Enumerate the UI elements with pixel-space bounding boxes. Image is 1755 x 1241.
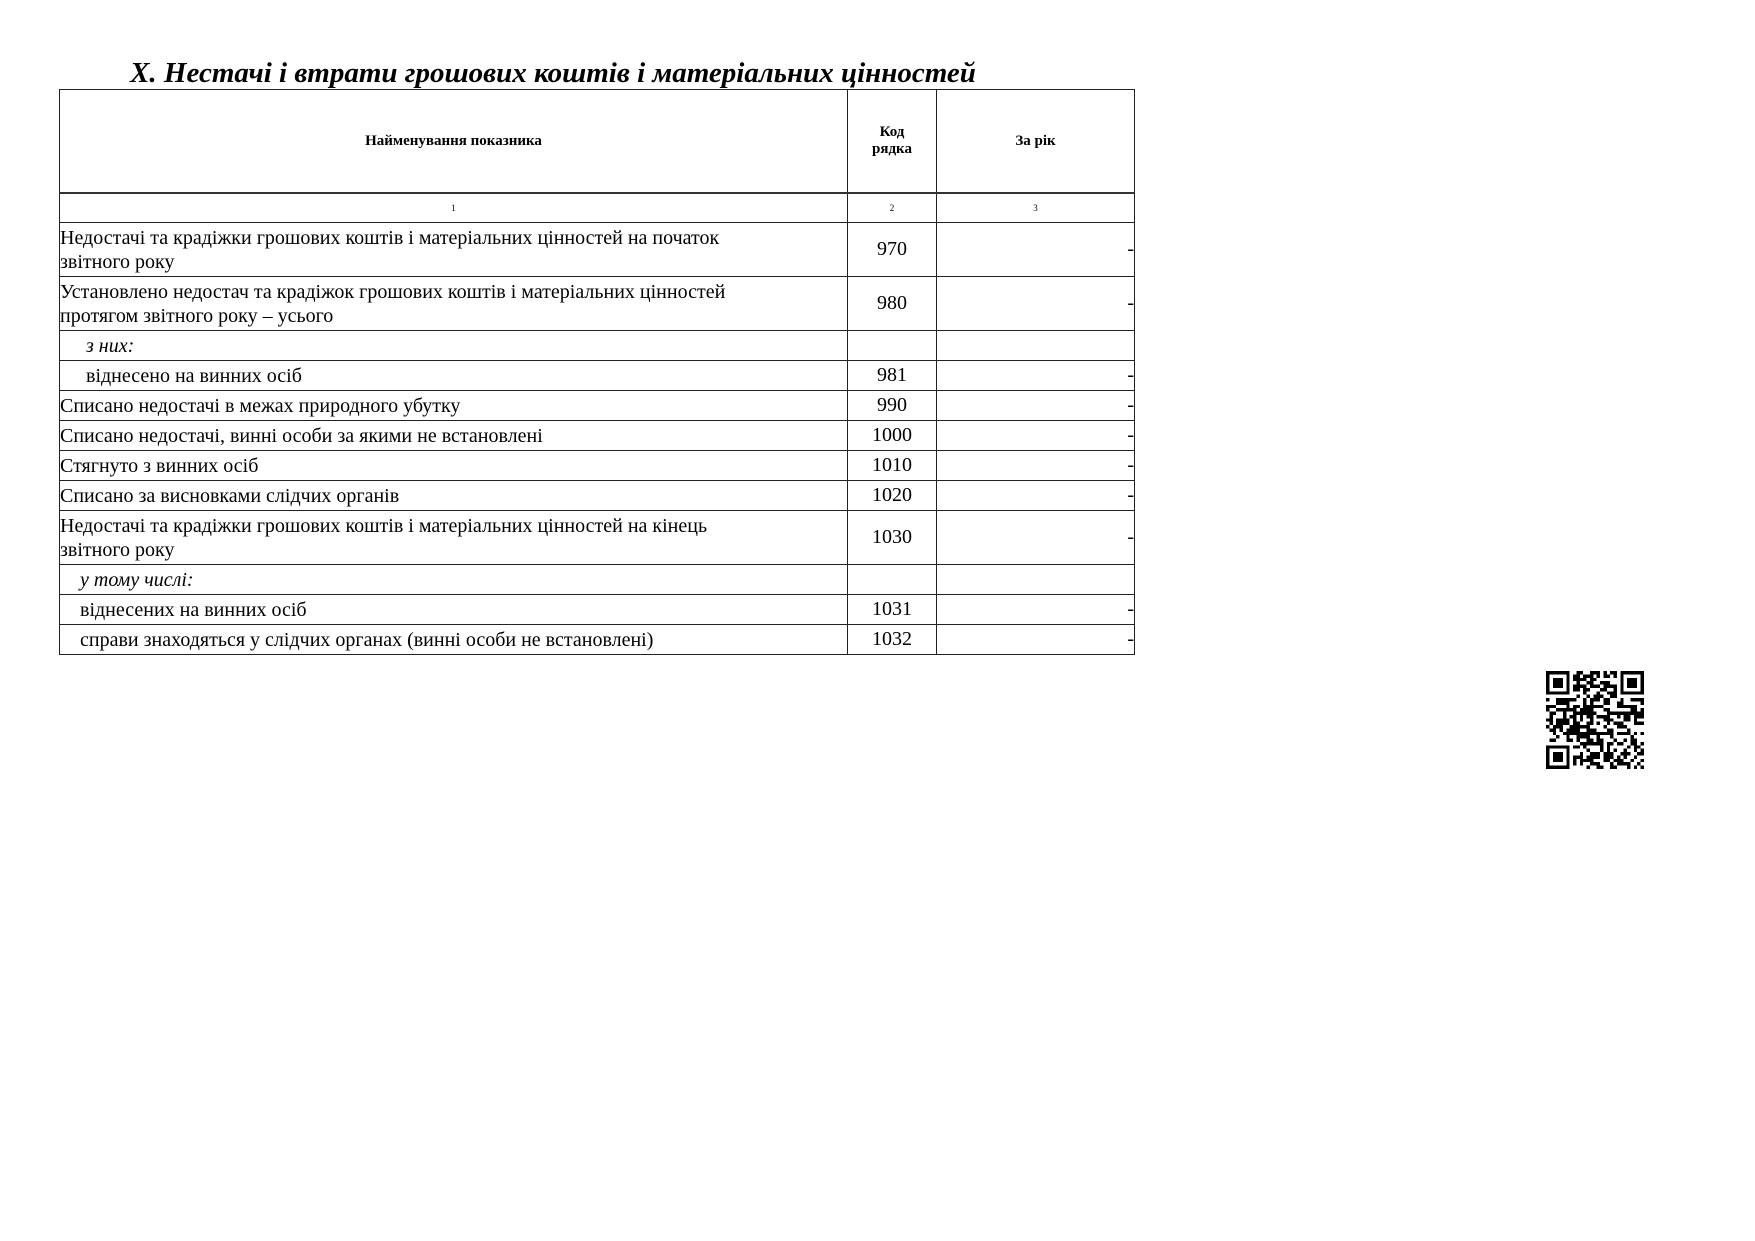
row-name: віднесено на винних осіб <box>60 361 848 391</box>
table-row: віднесено на винних осіб 981 - <box>60 361 1135 391</box>
row-code: 990 <box>848 391 937 421</box>
table-row: Установлено недостач та крадіжок грошови… <box>60 277 1135 331</box>
row-value: - <box>937 511 1135 565</box>
row-code: 981 <box>848 361 937 391</box>
row-code: 980 <box>848 277 937 331</box>
column-number: 1 <box>60 193 848 223</box>
row-name: з них: <box>60 331 848 361</box>
table-row-subheading: у тому числі: <box>60 565 1135 595</box>
row-value: - <box>937 391 1135 421</box>
table-row-subheading: з них: <box>60 331 1135 361</box>
row-code: 970 <box>848 223 937 277</box>
table-row: Недостачі та крадіжки грошових коштів і … <box>60 223 1135 277</box>
row-name: Установлено недостач та крадіжок грошови… <box>60 277 848 331</box>
header-row-code-text: Код рядка <box>867 124 917 158</box>
table-row: Списано за висновками слідчих органів 10… <box>60 481 1135 511</box>
row-value: - <box>937 481 1135 511</box>
qr-code-icon <box>1546 671 1644 769</box>
row-value <box>937 331 1135 361</box>
row-value: - <box>937 277 1135 331</box>
row-code <box>848 565 937 595</box>
row-value: - <box>937 595 1135 625</box>
row-code: 1032 <box>848 625 937 655</box>
row-code: 1030 <box>848 511 937 565</box>
row-name: Списано недостачі в межах природного убу… <box>60 391 848 421</box>
row-value: - <box>937 625 1135 655</box>
row-name: віднесених на винних осіб <box>60 595 848 625</box>
table-row: Стягнуто з винних осіб 1010 - <box>60 451 1135 481</box>
section-title: X. Нестачі і втрати грошових коштів і ма… <box>0 56 1200 90</box>
row-name: справи знаходяться у слідчих органах (ви… <box>60 625 848 655</box>
row-name: Недостачі та крадіжки грошових коштів і … <box>60 223 848 277</box>
row-name: Стягнуто з винних осіб <box>60 451 848 481</box>
row-value <box>937 565 1135 595</box>
table-row: Недостачі та крадіжки грошових коштів і … <box>60 511 1135 565</box>
table-row: Списано недостачі в межах природного убу… <box>60 391 1135 421</box>
column-number: 2 <box>848 193 937 223</box>
losses-table: Найменування показника Код рядка За рік … <box>59 89 1135 655</box>
header-indicator-name: Найменування показника <box>60 90 848 194</box>
row-value: - <box>937 223 1135 277</box>
row-code: 1010 <box>848 451 937 481</box>
row-name: Списано недостачі, винні особи за якими … <box>60 421 848 451</box>
header-row-code: Код рядка <box>848 90 937 194</box>
column-number-row: 1 2 3 <box>60 193 1135 223</box>
table-row: віднесених на винних осіб 1031 - <box>60 595 1135 625</box>
row-code: 1031 <box>848 595 937 625</box>
column-number: 3 <box>937 193 1135 223</box>
table-row: справи знаходяться у слідчих органах (ви… <box>60 625 1135 655</box>
row-value: - <box>937 451 1135 481</box>
row-code: 1020 <box>848 481 937 511</box>
section-title-text: X. Нестачі і втрати грошових коштів і ма… <box>130 56 976 90</box>
row-name: Недостачі та крадіжки грошових коштів і … <box>60 511 848 565</box>
row-name: у тому числі: <box>60 565 848 595</box>
row-code <box>848 331 937 361</box>
row-code: 1000 <box>848 421 937 451</box>
row-value: - <box>937 421 1135 451</box>
row-value: - <box>937 361 1135 391</box>
table-header-row: Найменування показника Код рядка За рік <box>60 90 1135 194</box>
table-row: Списано недостачі, винні особи за якими … <box>60 421 1135 451</box>
header-for-year: За рік <box>937 90 1135 194</box>
row-name: Списано за висновками слідчих органів <box>60 481 848 511</box>
